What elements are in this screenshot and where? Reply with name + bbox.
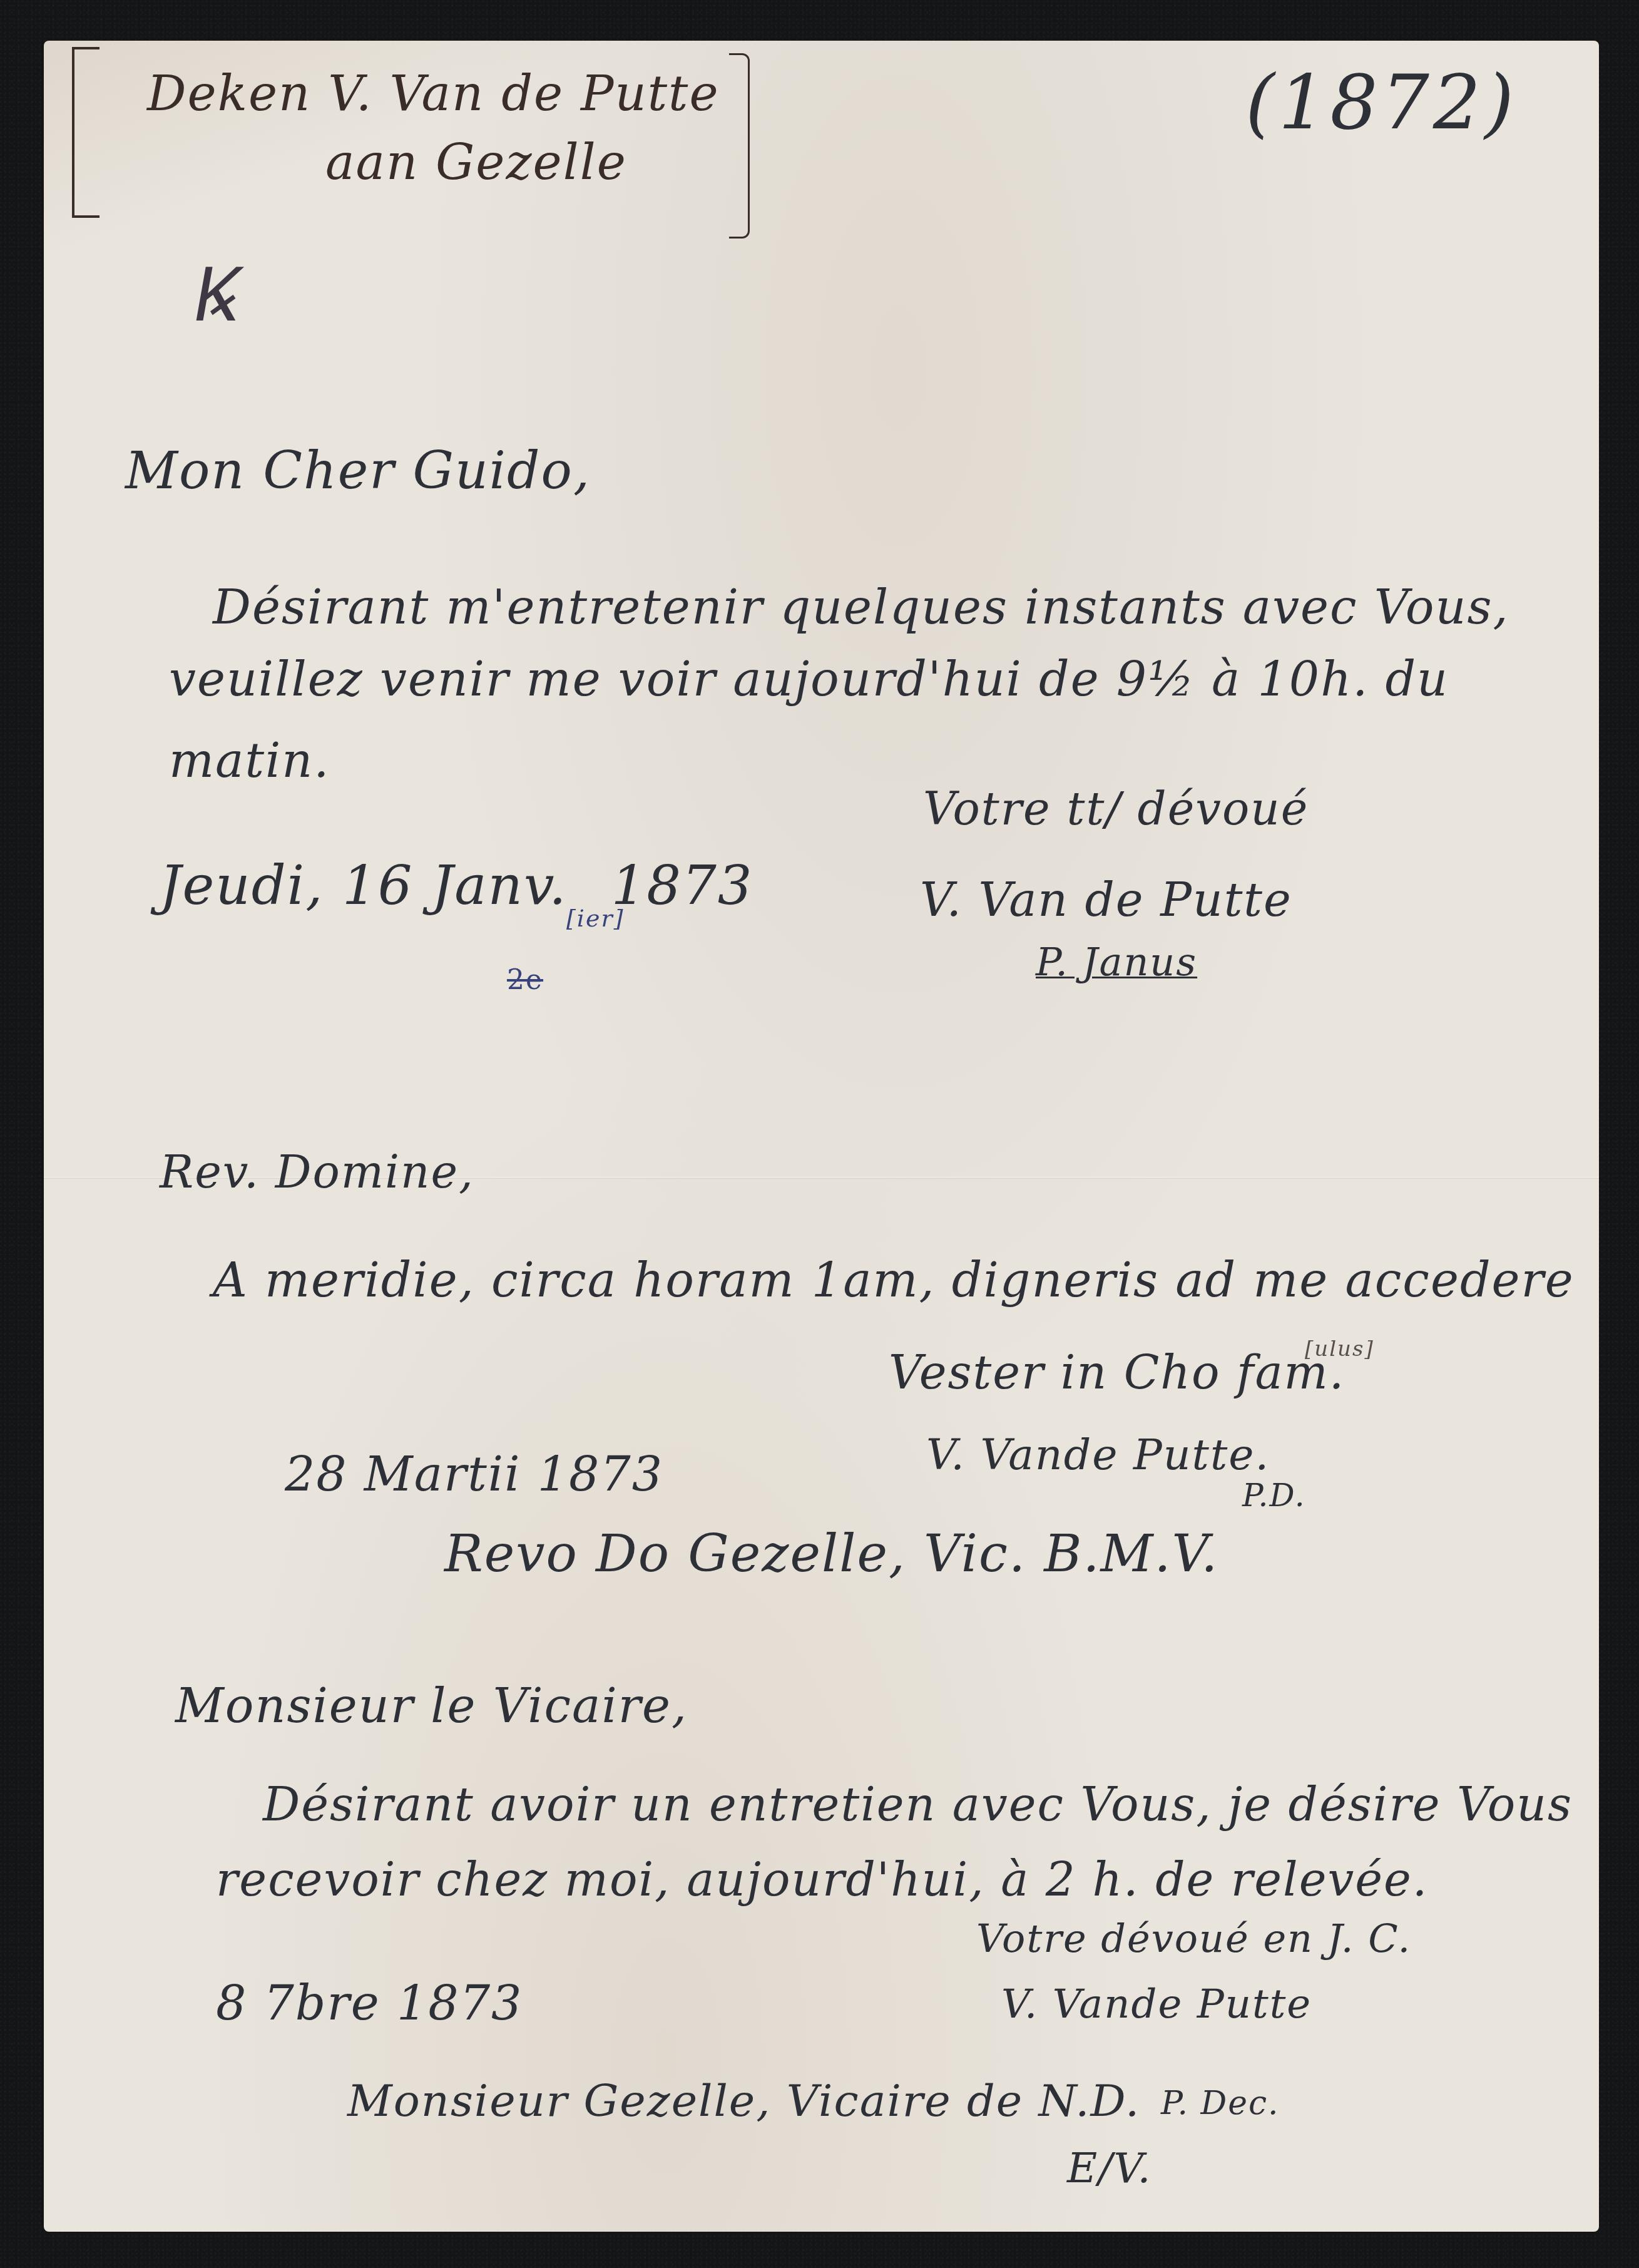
letter-1-date-year: 1873 — [611, 854, 753, 917]
letter-1-date-text: Jeudi, 16 Janv. — [160, 854, 568, 917]
letter-3-date: 8 7bre 1873 — [216, 1975, 523, 2031]
letter-1-salutation: Mon Cher Guido, — [125, 441, 591, 501]
year-note: (1872) — [1245, 59, 1518, 146]
letter-1-signature-title: P. Janus — [1036, 939, 1197, 985]
letter-1-signature: V. Van de Putte — [920, 873, 1292, 927]
letter-3-address: Monsieur Gezelle, Vicaire de N.D. — [347, 2075, 1140, 2127]
letter-1-date: Jeudi, 16 Janv.1873 — [160, 854, 753, 917]
letter-2-signature: V. Vande Putte. — [926, 1430, 1270, 1480]
archival-note-line1: Deken V. Van de Putte — [147, 66, 720, 122]
letter-3-body-line: Désirant avoir un entretien avec Vous, j… — [263, 1778, 1573, 1832]
letter-1-closing: Votre tt/ dévoué — [923, 783, 1309, 835]
letter-2-body-line: A meridie, circa horam 1am, digneris ad … — [213, 1252, 1575, 1308]
letter-2-closing-insert: [ulus] — [1305, 1337, 1374, 1362]
letter-1-blue-correction: 2e — [507, 964, 543, 996]
letter-3-endorsement: E/V. — [1067, 2144, 1152, 2192]
letter-1-date-insert: [ier] — [566, 905, 624, 932]
letter-2-closing: Vester in Cho fam. — [889, 1346, 1345, 1400]
letter-3-salutation: Monsieur le Vicaire, — [175, 1678, 688, 1733]
letter-2-signature-title: P.D. — [1242, 1477, 1306, 1514]
letter-1-body-line: veuillez venir me voir aujourd'hui de 9½… — [169, 651, 1449, 707]
letter-2-date: 28 Martii 1873 — [285, 1446, 663, 1502]
archival-note-line2: aan Gezelle — [325, 135, 627, 191]
letter-1-body-line: Désirant m'entretenir quelques instants … — [213, 579, 1509, 635]
letter-3-body-line: recevoir chez moi, aujourd'hui, à 2 h. d… — [216, 1853, 1428, 1907]
letter-3-signature: V. Vande Putte — [1001, 1981, 1312, 2028]
letter-3-signature-title: P. Dec. — [1161, 2085, 1280, 2122]
right-bracket — [729, 53, 750, 239]
letter-2-salutation: Rev. Domine, — [160, 1146, 474, 1198]
letter-3-closing: Votre dévoué en J. C. — [976, 1916, 1411, 1961]
letter-2-address: Revo Do Gezelle, Vic. B.M.V. — [444, 1524, 1218, 1584]
letter-1-body-line: matin. — [169, 732, 330, 788]
left-bracket — [72, 47, 100, 218]
